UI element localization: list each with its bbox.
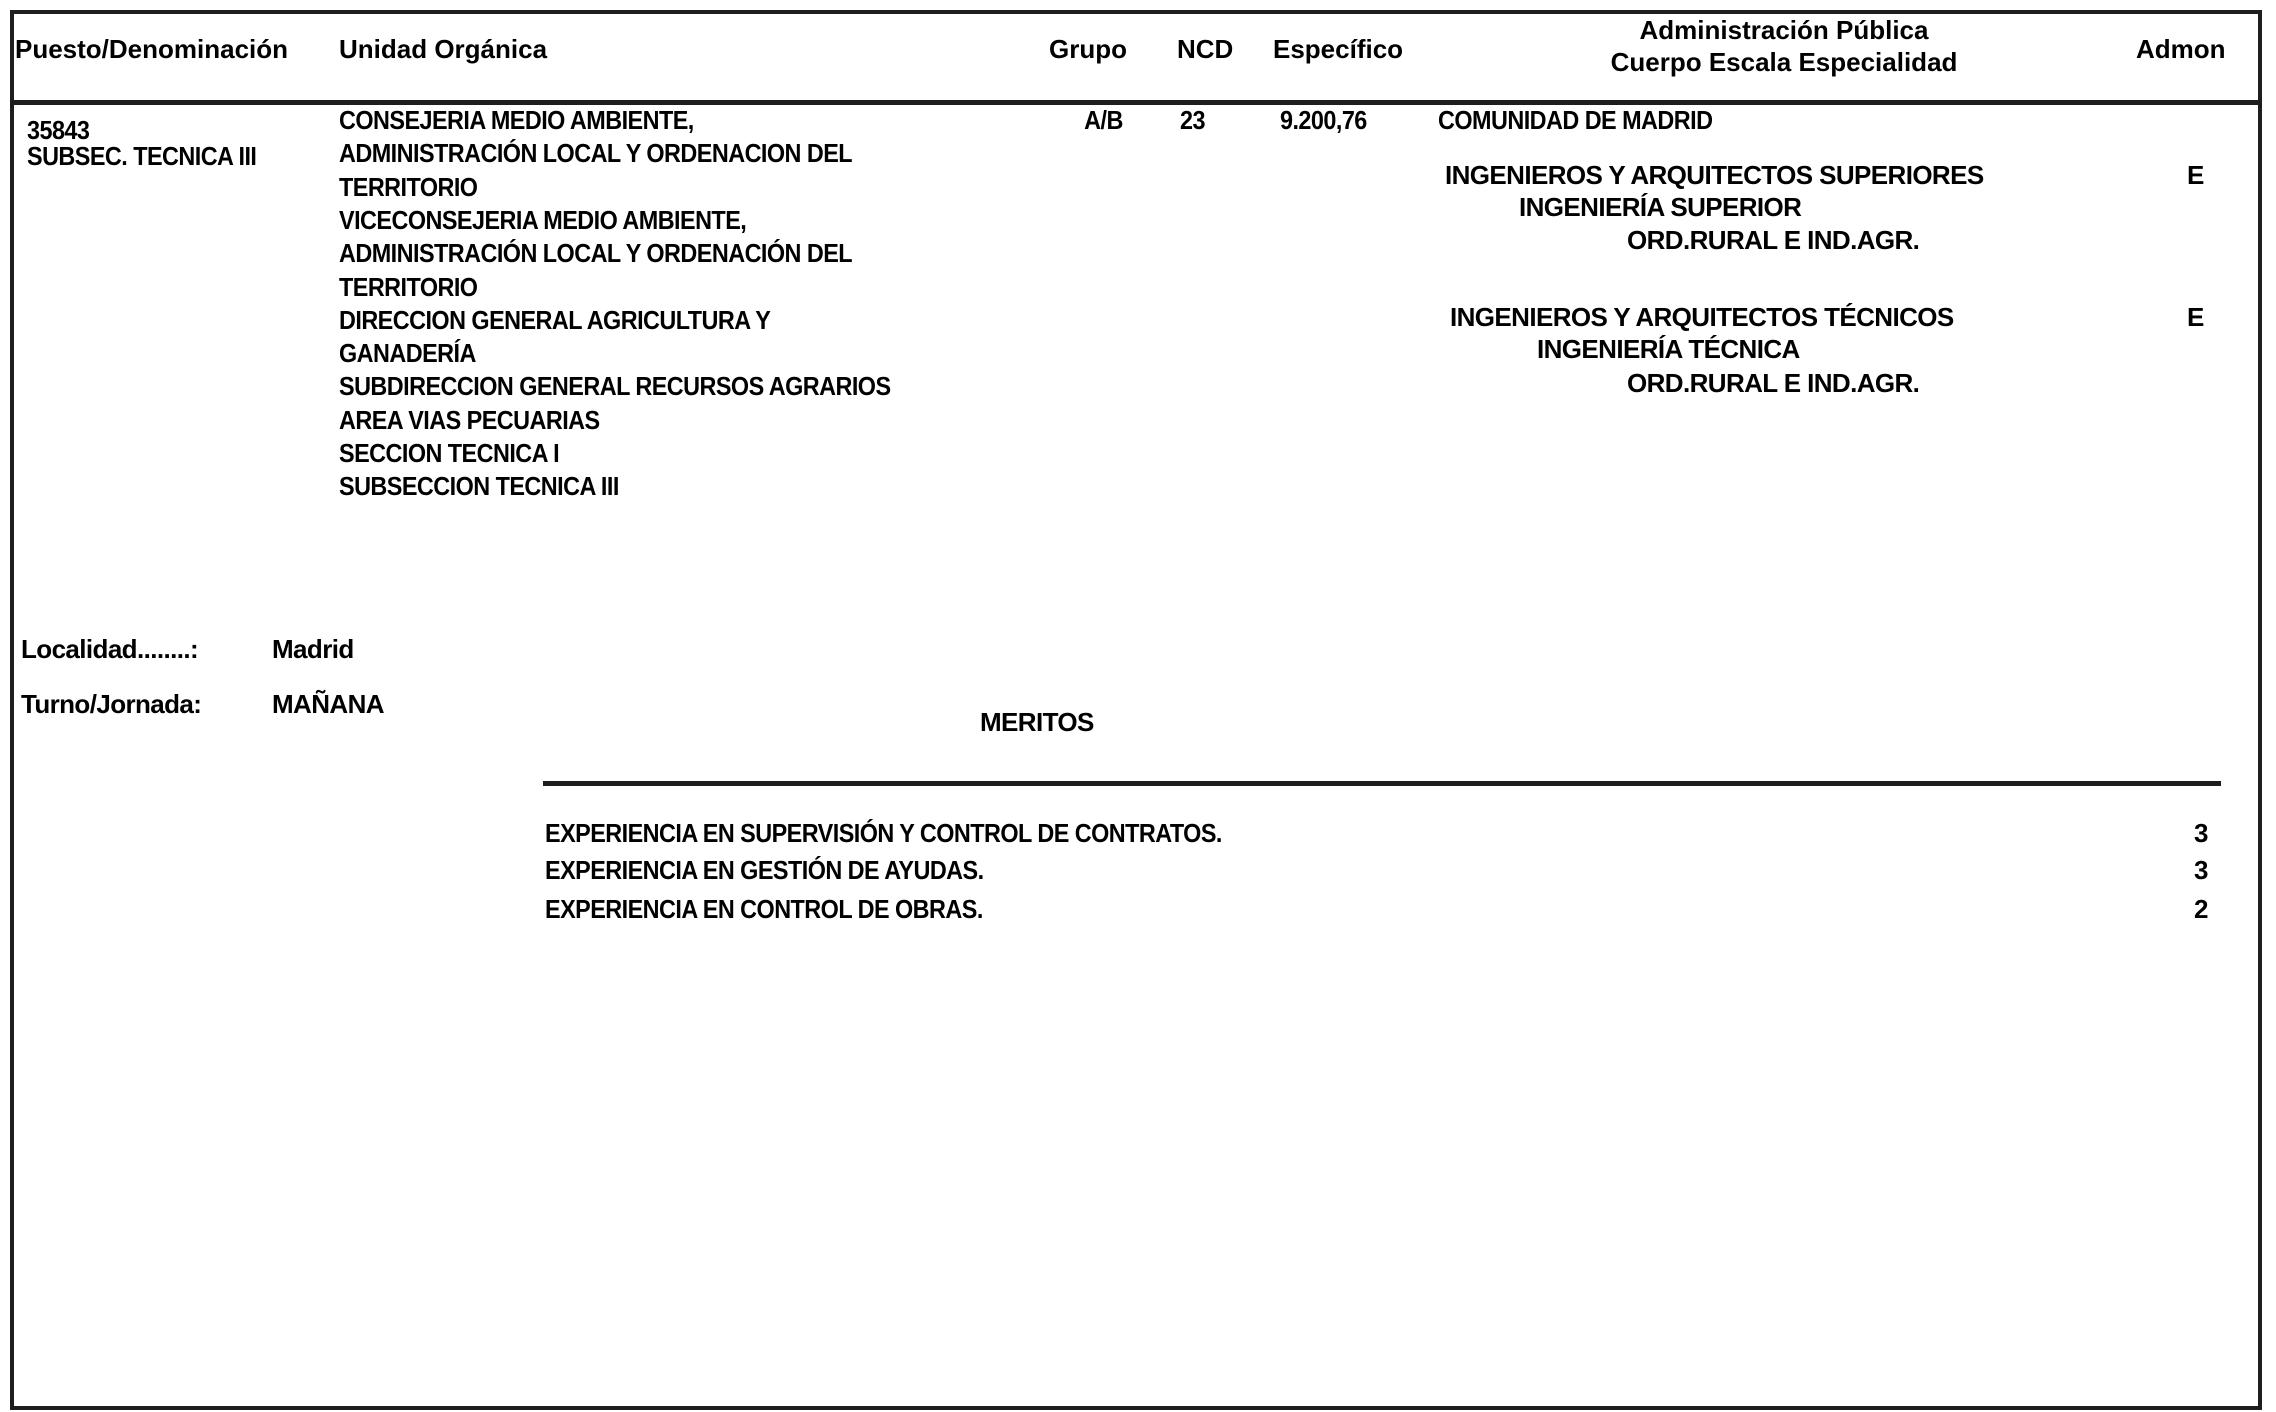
unidad-organica-line: AREA VIAS PECUARIAS — [339, 407, 629, 433]
unidad-organica-line: ADMINISTRACIÓN LOCAL Y ORDENACIÓN DEL — [339, 240, 909, 266]
header-cuerpo-escala-especialidad: Cuerpo Escala Especialidad — [1584, 49, 1984, 75]
admon-value: E — [2187, 304, 2204, 330]
admon-value: E — [2187, 162, 2204, 188]
merito-puntos: 3 — [2194, 857, 2208, 883]
cuerpo-name: INGENIEROS Y ARQUITECTOS SUPERIORES — [1445, 162, 1984, 188]
escala-name: INGENIERÍA SUPERIOR — [1519, 194, 1801, 220]
turno-label: Turno/Jornada: — [21, 691, 201, 717]
merito-descripcion: EXPERIENCIA EN GESTIÓN DE AYUDAS. — [545, 857, 1032, 883]
unidad-organica-line: SUBDIRECCION GENERAL RECURSOS AGRARIOS — [339, 373, 952, 399]
escala-name: INGENIERÍA TÉCNICA — [1537, 336, 1800, 362]
ncd-value: 23 — [1180, 107, 1208, 133]
meritos-title: MERITOS — [980, 709, 1094, 735]
especialidad-name: ORD.RURAL E IND.AGR. — [1627, 370, 1919, 396]
administracion-value: COMUNIDAD DE MADRID — [1438, 107, 1743, 133]
header-grupo: Grupo — [1049, 36, 1127, 62]
puesto-denominacion: SUBSEC. TECNICA III — [27, 143, 282, 169]
cuerpo-name: INGENIEROS Y ARQUITECTOS TÉCNICOS — [1450, 304, 1954, 330]
unidad-organica-line: TERRITORIO — [339, 174, 493, 200]
unidad-organica-line: CONSEJERIA MEDIO AMBIENTE, — [339, 107, 733, 133]
meritos-divider — [543, 781, 2221, 786]
header-admin-publica-title: Administración Pública — [1584, 17, 1984, 43]
localidad-label: Localidad........: — [21, 636, 198, 662]
unidad-organica-line: SECCION TECNICA I — [339, 440, 584, 466]
header-unidad-organica: Unidad Orgánica — [339, 36, 547, 62]
header-admon: Admon — [2136, 36, 2226, 62]
especialidad-name: ORD.RURAL E IND.AGR. — [1627, 227, 1919, 253]
turno-value: MAÑANA — [272, 691, 384, 717]
header-especifico: Específico — [1273, 36, 1403, 62]
unidad-organica-line: GANADERÍA — [339, 340, 491, 366]
grupo-value: A/B — [1063, 107, 1143, 133]
especifico-value: 9.200,76 — [1280, 107, 1376, 133]
localidad-value: Madrid — [272, 636, 354, 662]
unidad-organica-line: DIRECCION GENERAL AGRICULTURA Y — [339, 307, 818, 333]
unidad-organica-line: ADMINISTRACIÓN LOCAL Y ORDENACION DEL — [339, 140, 909, 166]
unidad-organica-line: SUBSECCION TECNICA III — [339, 473, 650, 499]
header-ncd: NCD — [1177, 36, 1233, 62]
merito-descripcion: EXPERIENCIA EN SUPERVISIÓN Y CONTROL DE … — [545, 820, 1297, 846]
puesto-codigo: 35843 — [27, 117, 96, 143]
merito-descripcion: EXPERIENCIA EN CONTROL DE OBRAS. — [545, 896, 1031, 922]
unidad-organica-line: TERRITORIO — [339, 274, 493, 300]
merito-puntos: 3 — [2194, 820, 2208, 846]
unidad-organica-line: VICECONSEJERIA MEDIO AMBIENTE, — [339, 207, 791, 233]
header-puesto: Puesto/Denominación — [15, 36, 288, 62]
merito-puntos: 2 — [2194, 896, 2208, 922]
